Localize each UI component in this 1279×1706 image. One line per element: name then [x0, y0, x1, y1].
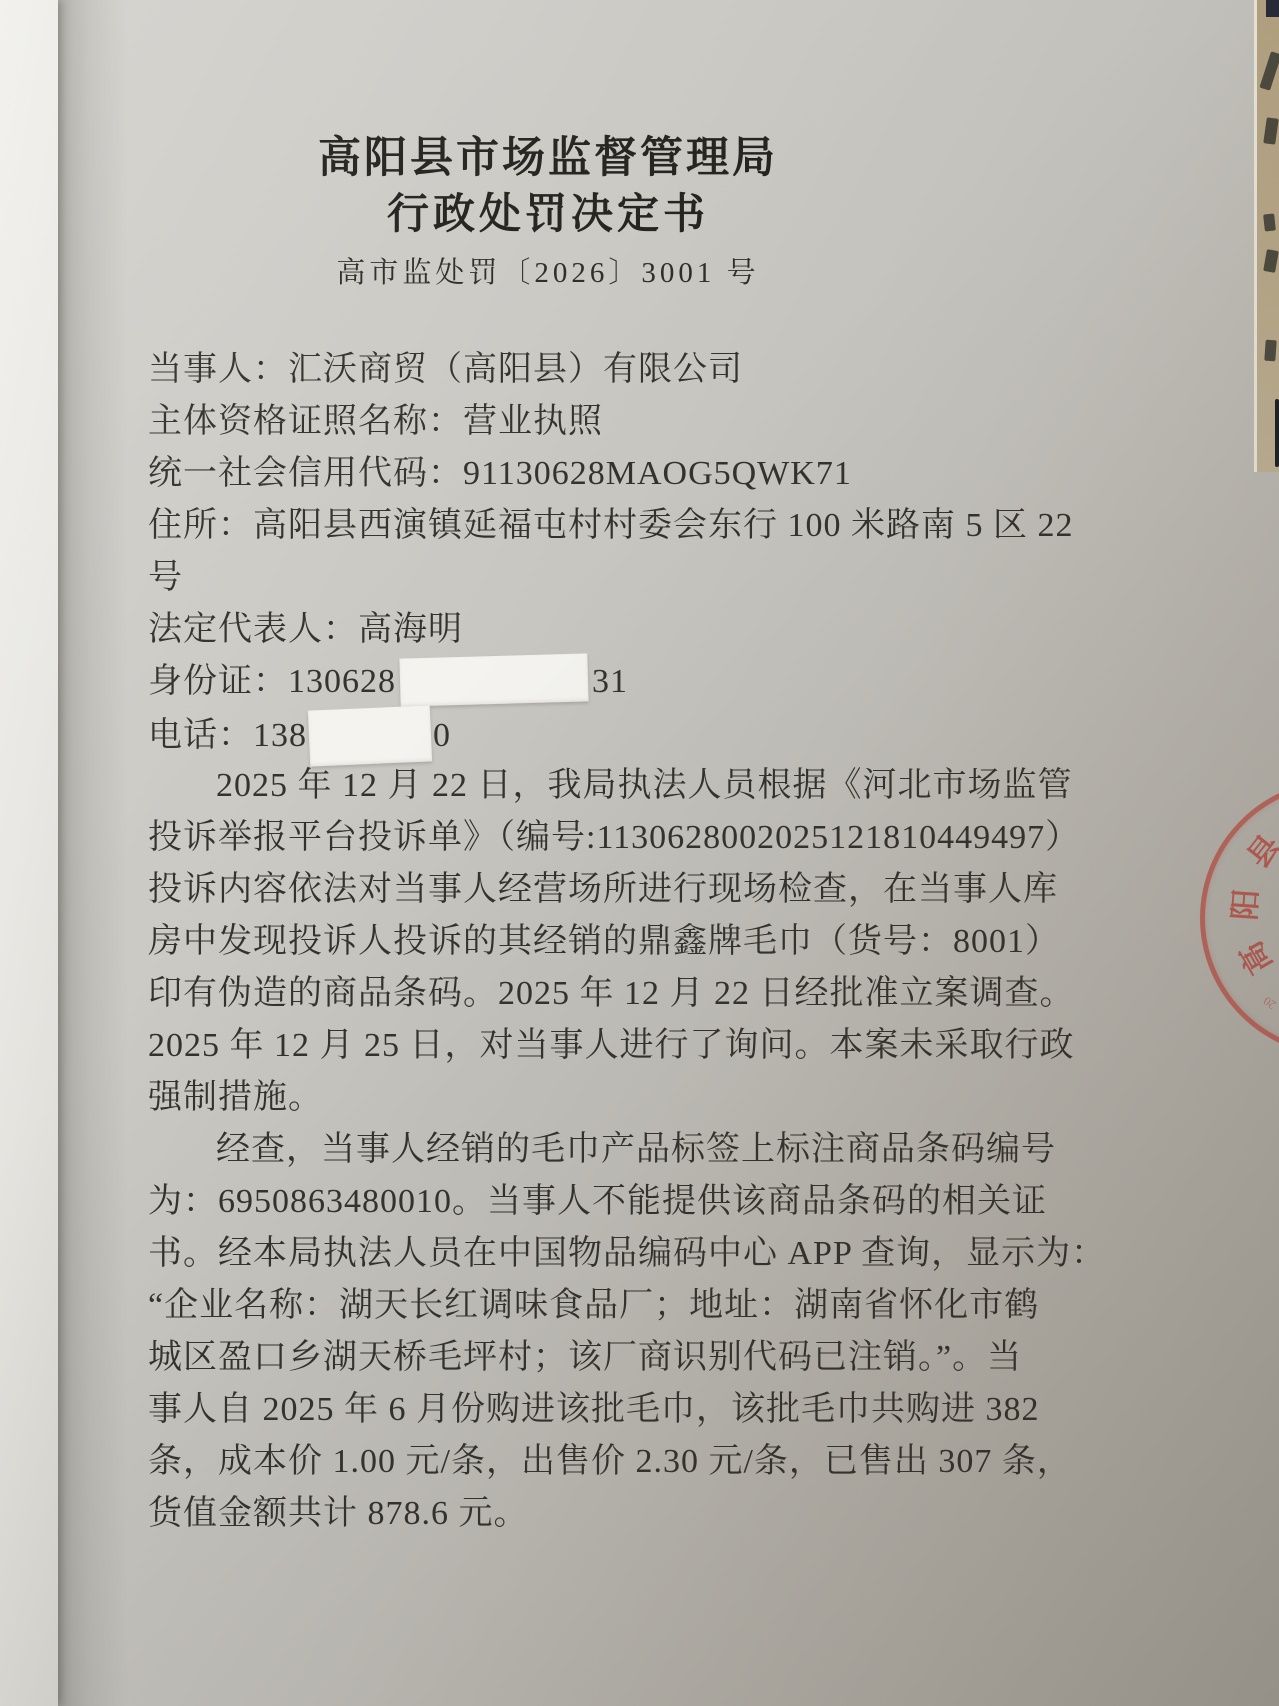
document-photo: 高阳县市场监督管理局 行政处罚决定书 高市监处罚〔2026〕3001 号 当事人…	[0, 0, 1279, 1706]
field-phone: 电话：1380	[148, 708, 1088, 760]
document-number: 高市监处罚〔2026〕3001 号	[148, 250, 948, 291]
id-label: 身份证：	[148, 663, 288, 700]
field-address-line2: 号	[148, 552, 1088, 604]
redaction-sticker	[399, 653, 588, 706]
field-party: 当事人：汇沃商贸（高阳县）有限公司	[148, 344, 1088, 396]
field-legal-representative: 法定代表人：高海明	[148, 604, 1088, 656]
paragraph1-line: 投诉内容依法对当事人经营场所进行现场检查，在当事人库	[148, 864, 1088, 916]
id-suffix: 31	[592, 663, 628, 700]
paragraph1-line: 强制措施。	[148, 1072, 1088, 1124]
paragraph1-line: 2025 年 12 月 25 日，对当事人进行了询问。本案未采取行政	[148, 1020, 1088, 1072]
paragraph2-line: 经查，当事人经销的毛巾产品标签上标注商品条码编号	[148, 1124, 1088, 1176]
phone-label: 电话：	[148, 717, 253, 754]
field-license-name: 主体资格证照名称：营业执照	[148, 396, 1088, 448]
paragraph2-line: 事人自 2025 年 6 月份购进该批毛巾，该批毛巾共购进 382	[148, 1384, 1088, 1436]
phone-suffix: 0	[433, 717, 451, 754]
field-address-line1: 住所：高阳县西演镇延福屯村村委会东行 100 米路南 5 区 22	[148, 500, 1088, 552]
page-subtitle: 行政处罚决定书	[148, 181, 948, 241]
field-credit-code: 统一社会信用代码：91130628MAOG5QWK71	[148, 448, 1088, 500]
paragraph1-line: 房中发现投诉人投诉的其经销的鼎鑫牌毛巾（货号：8001）	[148, 916, 1088, 968]
paragraph1-line: 印有伪造的商品条码。2025 年 12 月 22 日经批准立案调查。	[148, 968, 1088, 1020]
id-prefix: 130628	[288, 663, 396, 700]
seal-character: 阳	[1219, 887, 1266, 921]
document-text: 高阳县市场监督管理局 行政处罚决定书 高市监处罚〔2026〕3001 号 当事人…	[0, 0, 1279, 1706]
paragraph2-line: 条，成本价 1.00 元/条，出售价 2.30 元/条，已售出 307 条，	[148, 1436, 1088, 1488]
paragraph1-line: 2025 年 12 月 22 日，我局执法人员根据《河北市场监管	[148, 760, 1088, 812]
official-red-seal: 县 阳 高 20	[1200, 779, 1279, 1047]
paragraph1-line: 投诉举报平台投诉单》（编号:1130628002025121810449497）	[148, 812, 1088, 864]
page-title: 高阳县市场监督管理局	[148, 124, 948, 185]
field-id-number: 身份证：13062831	[148, 656, 1088, 708]
paragraph2-line: 货值金额共计 878.6 元。	[148, 1488, 1088, 1540]
paragraph2-line: “企业名称：湖天长红调味食品厂；地址：湖南省怀化市鹤	[148, 1280, 1088, 1332]
paragraph2-line: 书。经本局执法人员在中国物品编码中心 APP 查询，显示为：	[148, 1228, 1088, 1280]
paragraph2-line: 为：6950863480010。当事人不能提供该商品条码的相关证	[148, 1176, 1088, 1228]
phone-prefix: 138	[253, 717, 307, 754]
paragraph2-line: 城区盈口乡湖天桥毛坪村；该厂商识别代码已注销。”。当	[148, 1332, 1088, 1384]
redaction-sticker	[308, 705, 432, 766]
document-body: 当事人：汇沃商贸（高阳县）有限公司 主体资格证照名称：营业执照 统一社会信用代码…	[148, 344, 1088, 1540]
